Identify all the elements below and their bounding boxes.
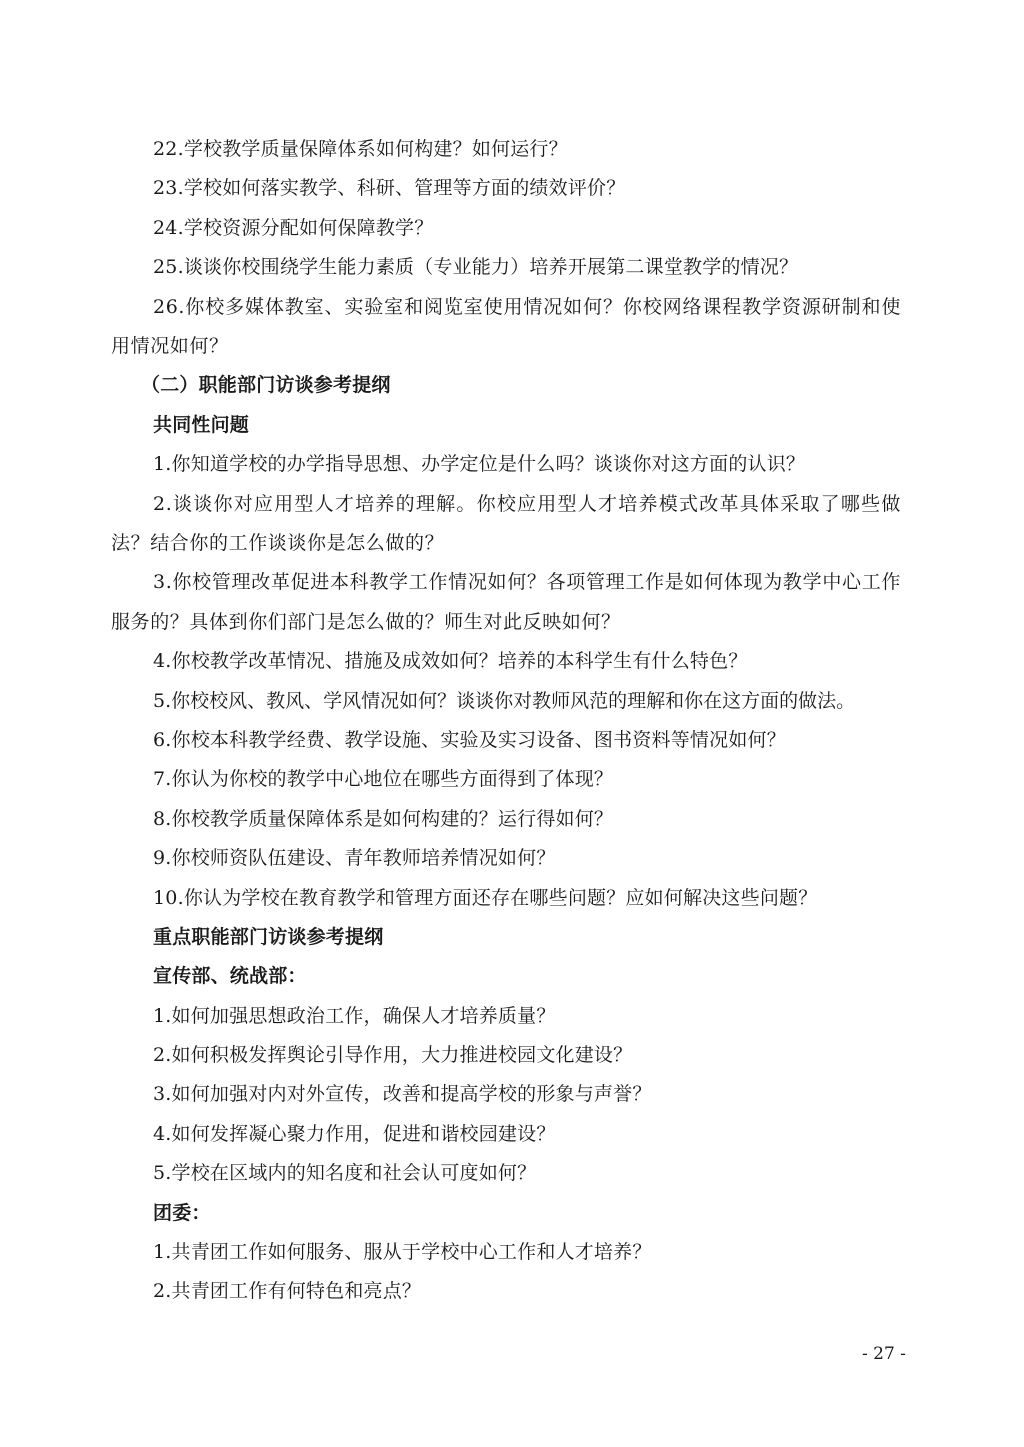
- section-title: （二）职能部门访谈参考提纲: [111, 366, 901, 405]
- common-question-1: 1.你知道学校的办学指导思想、办学定位是什么吗？谈谈你对这方面的认识？: [111, 445, 901, 484]
- question-25: 25.谈谈你校围绕学生能力素质（专业能力）培养开展第二课堂教学的情况？: [111, 248, 901, 287]
- common-question-3: 3.你校管理改革促进本科教学工作情况如何？各项管理工作是如何体现为教学中心工作服…: [111, 563, 901, 642]
- dept-youth-league-q1: 1.共青团工作如何服务、服从于学校中心工作和人才培养？: [111, 1233, 901, 1272]
- question-23: 23.学校如何落实教学、科研、管理等方面的绩效评价？: [111, 169, 901, 208]
- common-heading: 共同性问题: [111, 406, 901, 445]
- document-page: 22.学校教学质量保障体系如何构建？如何运行？ 23.学校如何落实教学、科研、管…: [0, 0, 1024, 1447]
- question-22: 22.学校教学质量保障体系如何构建？如何运行？: [111, 130, 901, 169]
- common-question-5: 5.你校校风、教风、学风情况如何？谈谈你对教师风范的理解和你在这方面的做法。: [111, 682, 901, 721]
- dept-publicity-q4: 4.如何发挥凝心聚力作用，促进和谐校园建设？: [111, 1115, 901, 1154]
- question-26: 26.你校多媒体教室、实验室和阅览室使用情况如何？你校网络课程教学资源研制和使用…: [111, 288, 901, 367]
- page-content: 22.学校教学质量保障体系如何构建？如何运行？ 23.学校如何落实教学、科研、管…: [111, 130, 901, 1312]
- common-question-9: 9.你校师资队伍建设、青年教师培养情况如何？: [111, 839, 901, 878]
- common-question-7: 7.你认为你校的教学中心地位在哪些方面得到了体现？: [111, 760, 901, 799]
- dept-youth-league-q2: 2.共青团工作有何特色和亮点？: [111, 1272, 901, 1311]
- question-24: 24.学校资源分配如何保障教学？: [111, 209, 901, 248]
- common-question-4: 4.你校教学改革情况、措施及成效如何？培养的本科学生有什么特色？: [111, 642, 901, 681]
- common-question-2: 2.谈谈你对应用型人才培养的理解。你校应用型人才培养模式改革具体采取了哪些做法？…: [111, 485, 901, 564]
- dept-publicity-heading: 宣传部、统战部：: [111, 957, 901, 996]
- dept-publicity-q2: 2.如何积极发挥舆论引导作用，大力推进校园文化建设？: [111, 1036, 901, 1075]
- common-question-8: 8.你校教学质量保障体系是如何构建的？运行得如何？: [111, 800, 901, 839]
- key-dept-heading: 重点职能部门访谈参考提纲: [111, 918, 901, 957]
- common-question-10: 10.你认为学校在教育教学和管理方面还存在哪些问题？应如何解决这些问题？: [111, 879, 901, 918]
- dept-youth-league-heading: 团委：: [111, 1194, 901, 1233]
- dept-publicity-q1: 1.如何加强思想政治工作，确保人才培养质量？: [111, 997, 901, 1036]
- dept-publicity-q3: 3.如何加强对内对外宣传，改善和提高学校的形象与声誉？: [111, 1075, 901, 1114]
- page-number: - 27 -: [862, 1344, 906, 1364]
- dept-publicity-q5: 5.学校在区域内的知名度和社会认可度如何？: [111, 1154, 901, 1193]
- common-question-6: 6.你校本科教学经费、教学设施、实验及实习设备、图书资料等情况如何？: [111, 721, 901, 760]
